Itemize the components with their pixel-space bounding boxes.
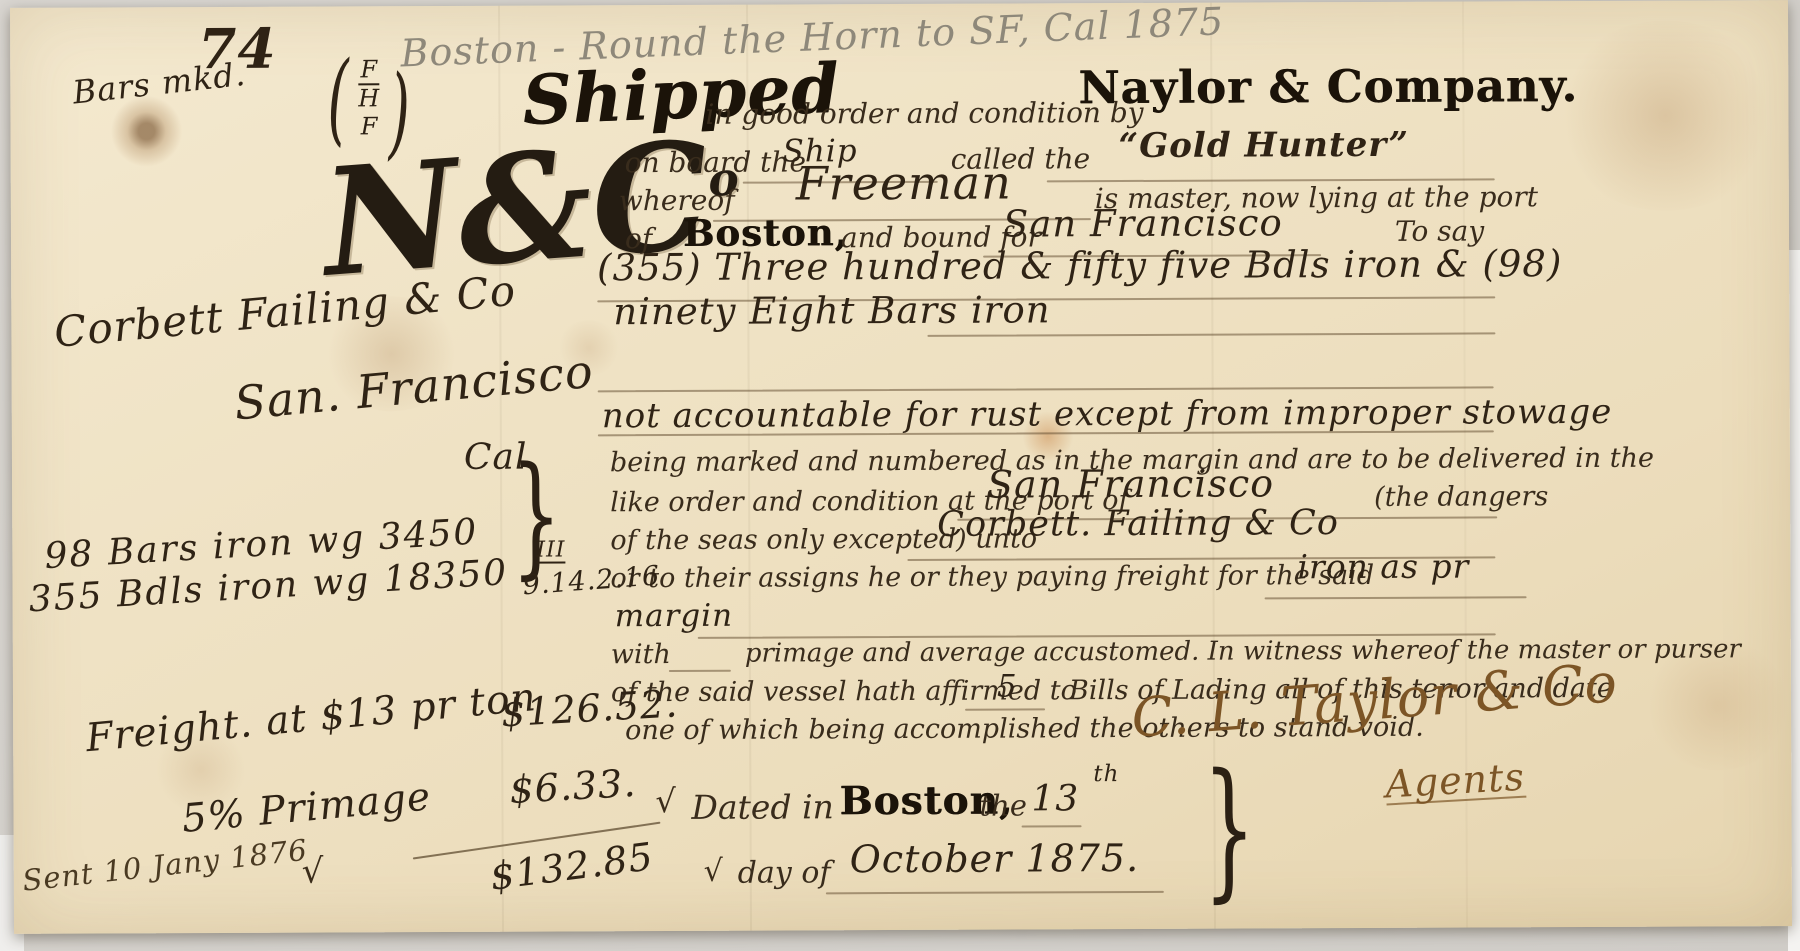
freight-terms-fill: iron as pr: [1297, 550, 1469, 584]
freight-amount: $126.52.: [500, 684, 679, 732]
dated-month-year-fill: October 1875.: [850, 839, 1140, 878]
ruled-line: [965, 708, 1045, 710]
agent-role: Agents: [1384, 758, 1526, 806]
dangers-text: (the dangers: [1374, 483, 1548, 511]
rust-exception-clause: not accountable for rust except from imp…: [602, 395, 1613, 433]
sent-note: Sent 10 Jany 1876: [21, 836, 309, 896]
ruled-line: [669, 670, 731, 672]
dated-day-fill: 13: [1031, 781, 1079, 817]
weights-tally-top: III: [536, 539, 565, 563]
document-scan: Boston - Round the Horn to SF, Cal 1875 …: [0, 0, 1800, 951]
total-amount: $132.85: [488, 837, 656, 895]
closing-brace: }: [1203, 754, 1256, 904]
destination-fill: San Francisco: [1003, 204, 1283, 242]
paper-stain: [1550, 20, 1781, 211]
bars-marked-note: Bars mkd.: [71, 58, 247, 109]
checkmark: √: [655, 785, 676, 817]
checkmark: √: [302, 855, 324, 889]
margin-consignee-city: San. Francisco: [232, 348, 595, 427]
shipping-mark-letter: F: [360, 56, 377, 84]
vessel-name-fill: “Gold Hunter”: [1119, 128, 1410, 163]
assigns-clause: or to their assigns he or they paying fr…: [610, 562, 1374, 592]
primage-amount: $6.33.: [508, 764, 637, 809]
dated-day-suffix: th: [1093, 763, 1119, 786]
the-word: the: [979, 791, 1027, 820]
with-word: with: [611, 641, 671, 668]
on-board-text: on board the: [625, 148, 806, 177]
shipping-mark-letter: H: [358, 83, 379, 113]
cargo-description-line2: ninety Eight Bars iron: [613, 291, 1050, 330]
shipper-company-name: Naylor & Company.: [1078, 63, 1578, 110]
bill-of-lading-paper: Boston - Round the Horn to SF, Cal 1875 …: [10, 0, 1792, 934]
ruled-line: [826, 891, 1164, 894]
master-name-fill: Freeman: [796, 160, 1012, 207]
day-of-text: day of: [738, 858, 831, 888]
margin-word: margin: [615, 601, 734, 633]
ruled-line: [1022, 825, 1082, 827]
dated-in-text: Dated in: [691, 790, 834, 824]
cargo-description-line1: (355) Three hundred & fifty five Bdls ir…: [597, 245, 1562, 286]
consignee-fill: Corbett. Failing & Co: [937, 506, 1339, 543]
ruled-line: [1265, 596, 1527, 599]
checkmark: √: [704, 857, 723, 887]
bills-count-fill: 5: [997, 671, 1018, 702]
ruled-line: [598, 386, 1494, 392]
freight-rate-line: Freight. at $13 pr ton: [84, 678, 538, 758]
delivery-port-fill: San Francisco: [987, 464, 1274, 503]
